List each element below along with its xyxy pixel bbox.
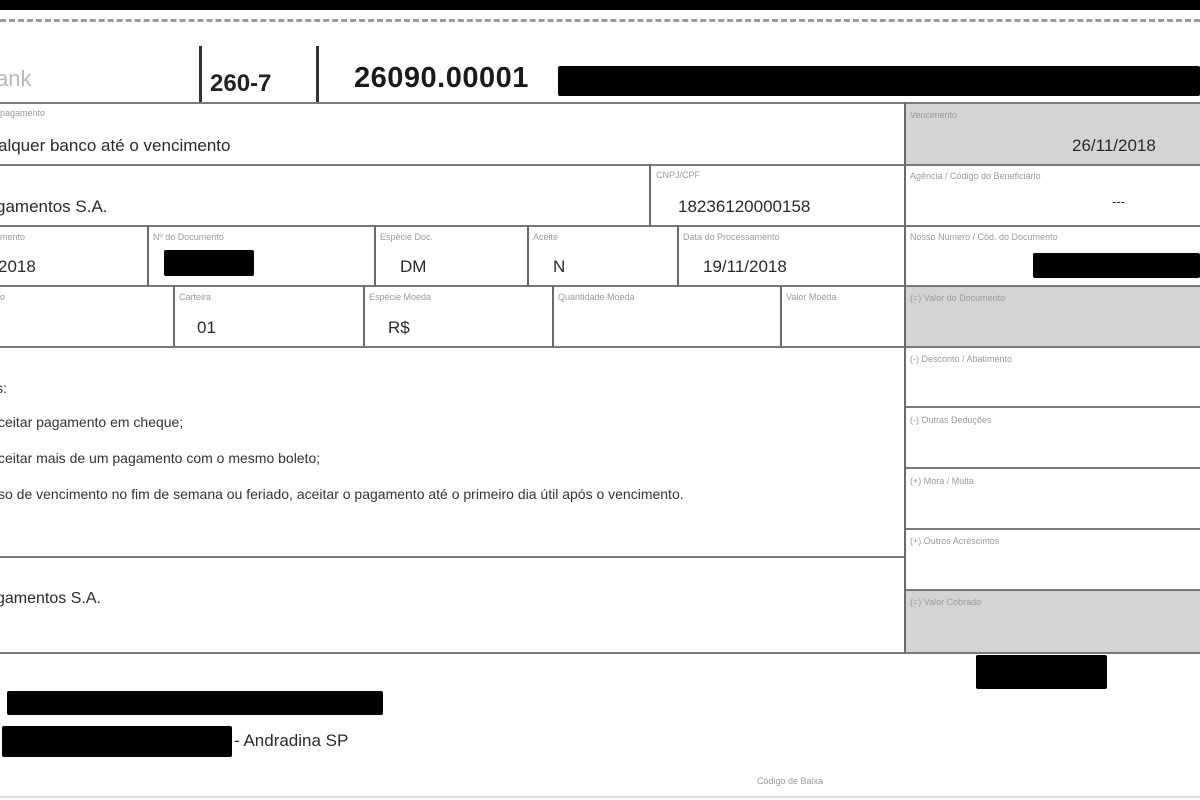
header-separator — [316, 46, 319, 102]
grid-line — [0, 652, 1200, 654]
desconto-label: (-) Desconto / Abatimento — [910, 354, 1012, 364]
header-separator — [199, 46, 202, 102]
pagador-city: - Andradina SP — [234, 731, 348, 751]
especie-doc-label: Espécie Doc. — [380, 232, 433, 242]
cnpj-label: CNPJ/CPF — [656, 170, 700, 180]
data-documento-value: 2018 — [0, 257, 36, 277]
digitable-line: 26090.00001 — [354, 62, 529, 95]
grid-line — [552, 285, 554, 347]
redacted-code-box — [976, 655, 1107, 689]
top-black-bar — [0, 0, 1200, 10]
uso-banco-label: o — [0, 292, 5, 302]
carteira-value: 01 — [197, 318, 216, 338]
agencia-codigo-value: --- — [1112, 194, 1125, 209]
especie-moeda-label: Espécie Moeda — [369, 292, 431, 302]
grid-line — [147, 225, 149, 286]
local-pagamento-label: pagamento — [0, 108, 45, 118]
especie-moeda-value: R$ — [388, 318, 410, 338]
especie-doc-value: DM — [400, 257, 426, 277]
instructions-heading: s: — [0, 380, 7, 396]
redacted-nosso-numero — [1033, 253, 1200, 278]
grid-line — [905, 406, 1200, 408]
grid-line — [780, 285, 782, 347]
redacted-pagador-name — [7, 691, 383, 715]
instruction-line: ceitar mais de um pagamento com o mesmo … — [0, 450, 320, 466]
quantidade-moeda-label: Quantidade Moeda — [558, 292, 635, 302]
grid-line — [363, 285, 365, 347]
sacador-value: gamentos S.A. — [0, 590, 101, 608]
grid-line — [0, 556, 905, 558]
bank-code: 260-7 — [210, 70, 271, 98]
valor-moeda-label: Valor Moeda — [786, 292, 836, 302]
carteira-label: Carteira — [179, 292, 211, 302]
redacted-numero-documento — [164, 250, 254, 276]
beneficiario-value: gamentos S.A. — [0, 197, 108, 217]
grid-line — [527, 225, 529, 286]
grid-line — [173, 285, 175, 347]
data-documento-label: mento — [0, 232, 25, 242]
grid-line — [0, 346, 1200, 348]
outros-acrescimos-label: (+) Outros Acréscimos — [910, 536, 999, 546]
codigo-baixa-label: Código de Baixa — [757, 776, 823, 786]
mora-multa-label: (+) Mora / Multa — [910, 476, 974, 486]
grid-line — [374, 225, 376, 286]
grid-line — [0, 285, 1200, 287]
grid-line — [0, 796, 1200, 798]
data-processamento-value: 19/11/2018 — [703, 257, 787, 277]
grid-line — [905, 467, 1200, 469]
grid-line — [0, 164, 1200, 166]
cnpj-value: 18236120000158 — [678, 197, 810, 217]
instruction-line: ceitar pagamento em cheque; — [0, 414, 183, 430]
local-pagamento-value: alquer banco até o vencimento — [0, 136, 231, 156]
aceite-label: Aceite — [533, 232, 558, 242]
grid-line — [677, 225, 679, 286]
grid-line — [649, 164, 651, 226]
grid-line — [0, 225, 1200, 227]
cut-line — [0, 19, 1200, 22]
agencia-codigo-label: Agência / Código do Beneficiário — [910, 171, 1041, 181]
redacted-pagador-address — [2, 726, 232, 757]
data-processamento-label: Data do Processamento — [683, 232, 780, 242]
grid-line — [904, 102, 906, 654]
valor-documento-label: (=) Valor do Documento — [910, 293, 1005, 303]
grid-line — [905, 589, 1200, 591]
vencimento-value: 26/11/2018 — [1072, 136, 1156, 156]
grid-line — [905, 528, 1200, 530]
valor-cobrado-label: (=) Valor Cobrado — [910, 597, 981, 607]
bank-name: ank — [0, 66, 31, 92]
grid-line — [0, 102, 1200, 104]
nosso-numero-label: Nosso Número / Cód. do Documento — [910, 232, 1058, 242]
vencimento-label: Vencimento — [910, 110, 957, 120]
aceite-value: N — [553, 257, 565, 277]
redacted-digitable-line — [558, 66, 1200, 96]
outras-deducoes-label: (-) Outras Deduções — [910, 415, 992, 425]
numero-documento-label: Nº do Documento — [153, 232, 224, 242]
instruction-line: so de vencimento no fim de semana ou fer… — [0, 486, 684, 502]
